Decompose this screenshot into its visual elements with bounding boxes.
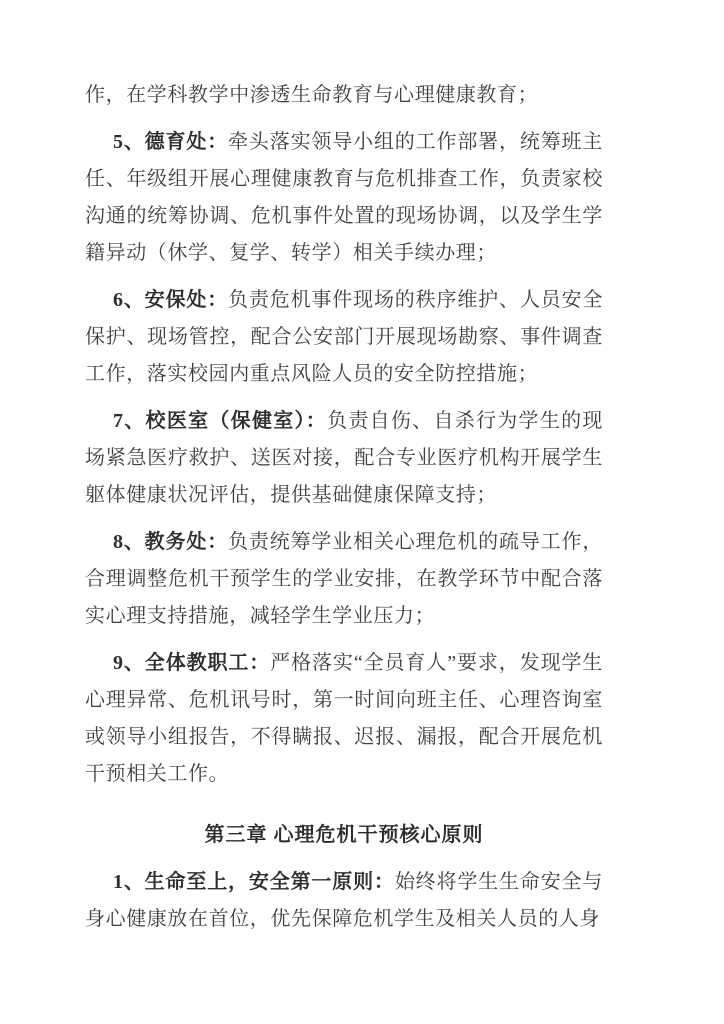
paragraph-label: 1、生命至上，安全第一原则： <box>113 871 395 893</box>
paragraph-duty-deyuchu: 5、德育处：牵头落实领导小组的工作部署，统筹班主任、年级组开展心理健康教育与危机… <box>85 124 603 272</box>
paragraph-label: 5、德育处： <box>113 131 228 153</box>
paragraph-duty-anbaochu: 6、安保处：负责危机事件现场的秩序维护、人员安全保护、现场管控，配合公安部门开展… <box>85 282 603 393</box>
paragraph-duty-quantijiaozhigong: 9、全体教职工：严格落实“全员育人”要求，发现学生心理异常、危机讯号时，第一时间… <box>85 645 603 793</box>
paragraph-duty-xiaoyishi: 7、校医室（保健室）：负责自伤、自杀行为学生的现场紧急医疗救护、送医对接，配合专… <box>85 403 603 514</box>
document-page: 作，在学科教学中渗透生命教育与心理健康教育； 5、德育处：牵头落实领导小组的工作… <box>0 0 724 1024</box>
paragraph-principle-1: 1、生命至上，安全第一原则：始终将学生生命安全与身心健康放在首位，优先保障危机学… <box>85 864 603 938</box>
chapter-heading: 第三章 心理危机干预核心原则 <box>85 817 603 854</box>
paragraph-label: 7、校医室（保健室）： <box>113 410 327 432</box>
paragraph-label: 9、全体教职工： <box>113 652 270 674</box>
paragraph-continuation: 作，在学科教学中渗透生命教育与心理健康教育； <box>85 77 603 114</box>
paragraph-label: 6、安保处： <box>113 289 228 311</box>
paragraph-duty-jiaowuchu: 8、教务处：负责统筹学业相关心理危机的疏导工作，合理调整危机干预学生的学业安排，… <box>85 524 603 635</box>
document-text-block: 作，在学科教学中渗透生命教育与心理健康教育； 5、德育处：牵头落实领导小组的工作… <box>85 77 603 938</box>
paragraph-label: 8、教务处： <box>113 531 228 553</box>
